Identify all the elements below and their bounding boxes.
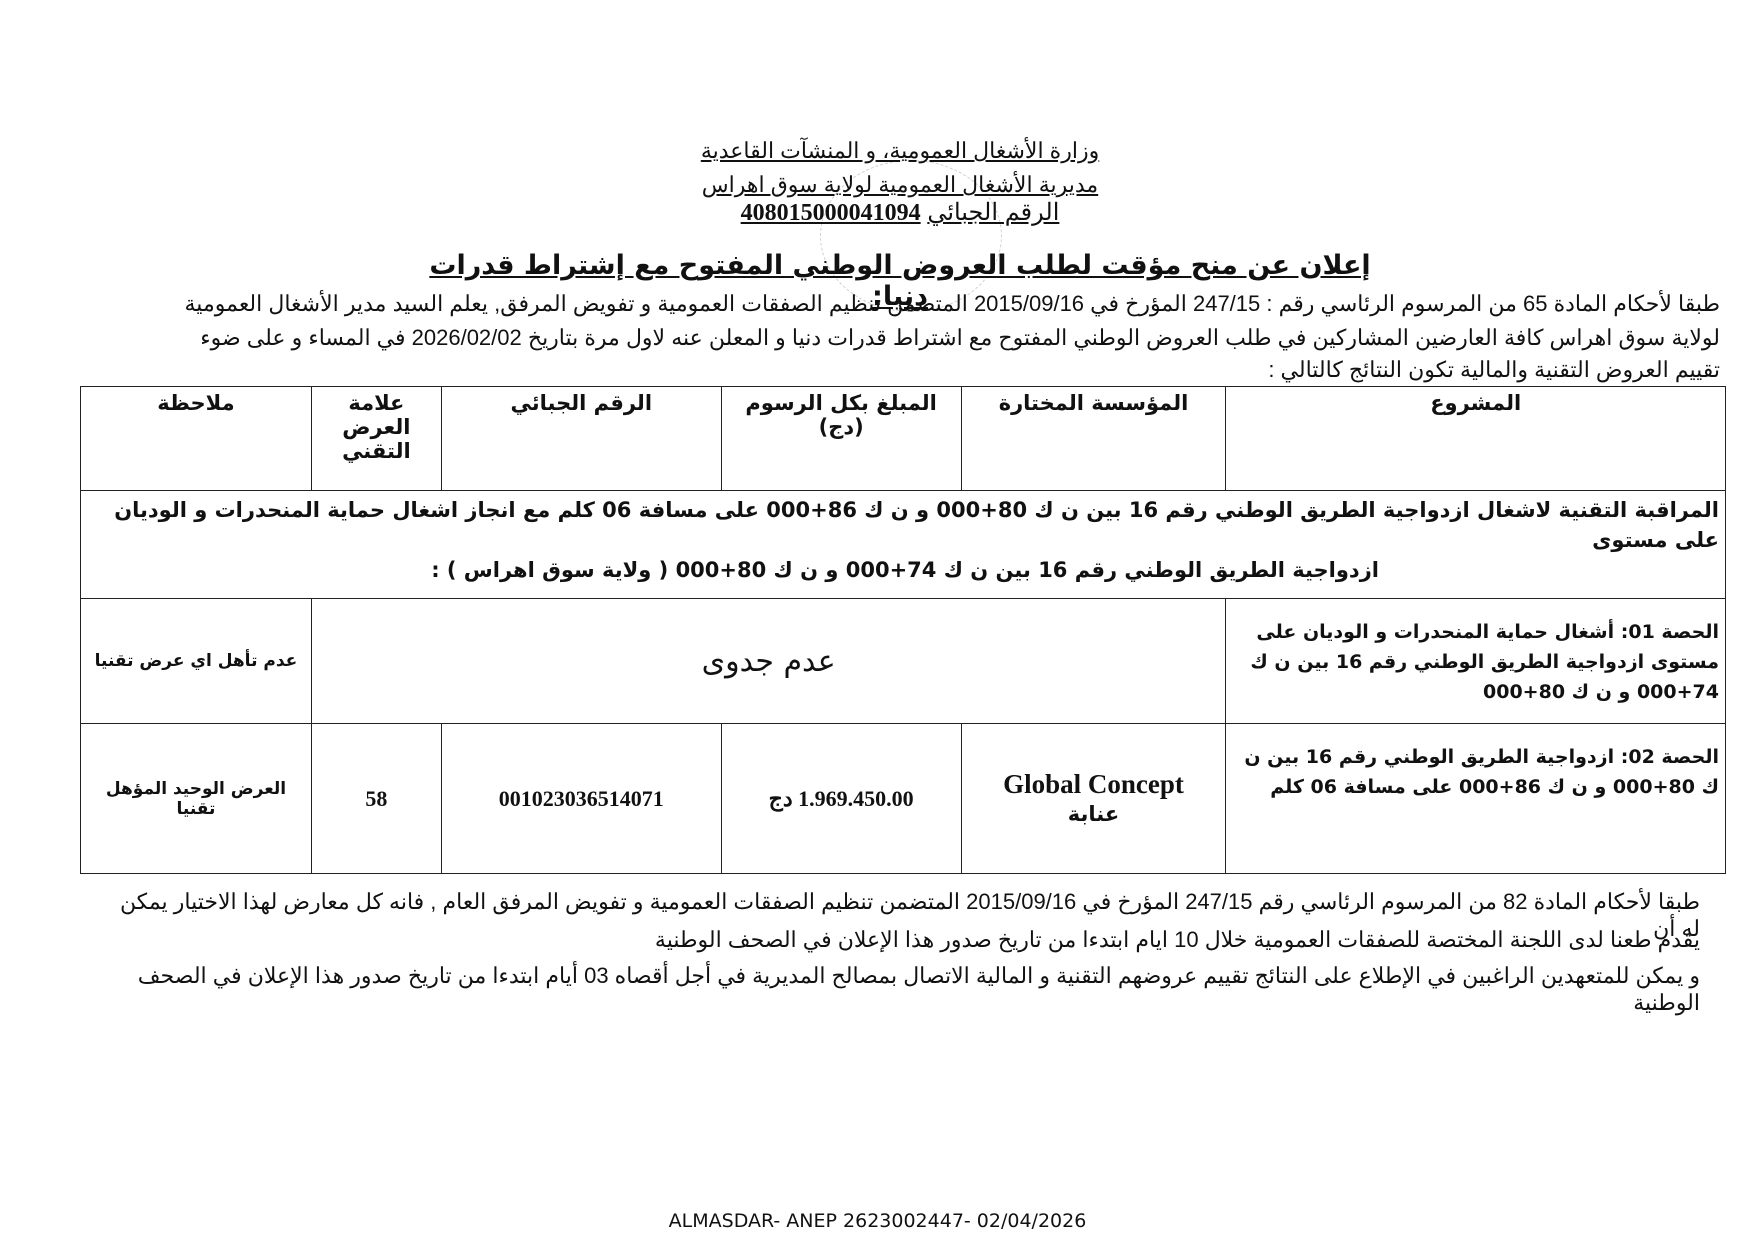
table-row: الحصة 01: أشغال حماية المنحدرات و الوديا…	[81, 599, 1726, 724]
col-company: المؤسسة المختارة	[961, 387, 1226, 491]
company-city: عنابة	[968, 799, 1220, 829]
col-amount: المبلغ بكل الرسوم (دج)	[721, 387, 961, 491]
table-row: الحصة 02: ازدواجية الطريق الوطني رقم 16 …	[81, 724, 1726, 874]
lot-02-company: Global Concept عنابة	[961, 724, 1226, 874]
intro-line-3: تقييم العروض التقنية والمالية تكون النتا…	[130, 356, 1720, 383]
results-table: المشروع المؤسسة المختارة المبلغ بكل الرس…	[80, 386, 1726, 874]
tax-id-label: الرقم الجبائي	[927, 199, 1059, 226]
col-tax-id: الرقم الجبائي	[441, 387, 721, 491]
lot-01-result: عدم جدوى	[311, 599, 1226, 724]
lot-02-amount: 1.969.450.00 دج	[721, 724, 961, 874]
col-note: ملاحظة	[81, 387, 312, 491]
intro-line-1: طبقا لأحكام المادة 65 من المرسوم الرئاسي…	[130, 290, 1720, 317]
directorate-name: مديرية الأشغال العمومية لولاية سوق اهراس	[620, 172, 1180, 198]
col-tech-score: علامة العرض التقني	[311, 387, 441, 491]
publication-footer: ALMASDAR- ANEP 2623002447- 02/04/2026	[0, 1210, 1755, 1232]
table-header-row: المشروع المؤسسة المختارة المبلغ بكل الرس…	[81, 387, 1726, 491]
col-project: المشروع	[1226, 387, 1726, 491]
lot-02-description: الحصة 02: ازدواجية الطريق الوطني رقم 16 …	[1226, 724, 1726, 874]
project-description-line-2: ازدواجية الطريق الوطني رقم 16 بين ن ك 74…	[87, 555, 1719, 585]
lot-02-note: العرض الوحيد المؤهل تقنيا	[81, 724, 312, 874]
lot-02-tax-id: 001023036514071	[441, 724, 721, 874]
lot-02-tech-score: 58	[311, 724, 441, 874]
lot-01-description: الحصة 01: أشغال حماية المنحدرات و الوديا…	[1226, 599, 1726, 724]
ministry-name: وزارة الأشغال العمومية، و المنشآت القاعد…	[620, 138, 1180, 164]
closing-line-2: يقدم طعنا لدى اللجنة المختصة للصفقات الع…	[110, 926, 1700, 953]
company-name: Global Concept	[968, 769, 1220, 799]
project-description: المراقبة التقنية لاشغال ازدواجية الطريق …	[81, 491, 1726, 599]
project-description-row: المراقبة التقنية لاشغال ازدواجية الطريق …	[81, 491, 1726, 599]
closing-line-3: و يمكن للمتعهدين الراغبين في الإطلاع على…	[110, 962, 1700, 1016]
intro-line-2: لولاية سوق اهراس كافة العارضين المشاركين…	[130, 324, 1720, 351]
project-description-line-1: المراقبة التقنية لاشغال ازدواجية الطريق …	[87, 495, 1719, 555]
tax-id-line: الرقم الجبائي 408015000041094	[620, 200, 1180, 226]
tax-id-value: 408015000041094	[741, 200, 921, 226]
lot-01-note: عدم تأهل اي عرض تقنيا	[81, 599, 312, 724]
